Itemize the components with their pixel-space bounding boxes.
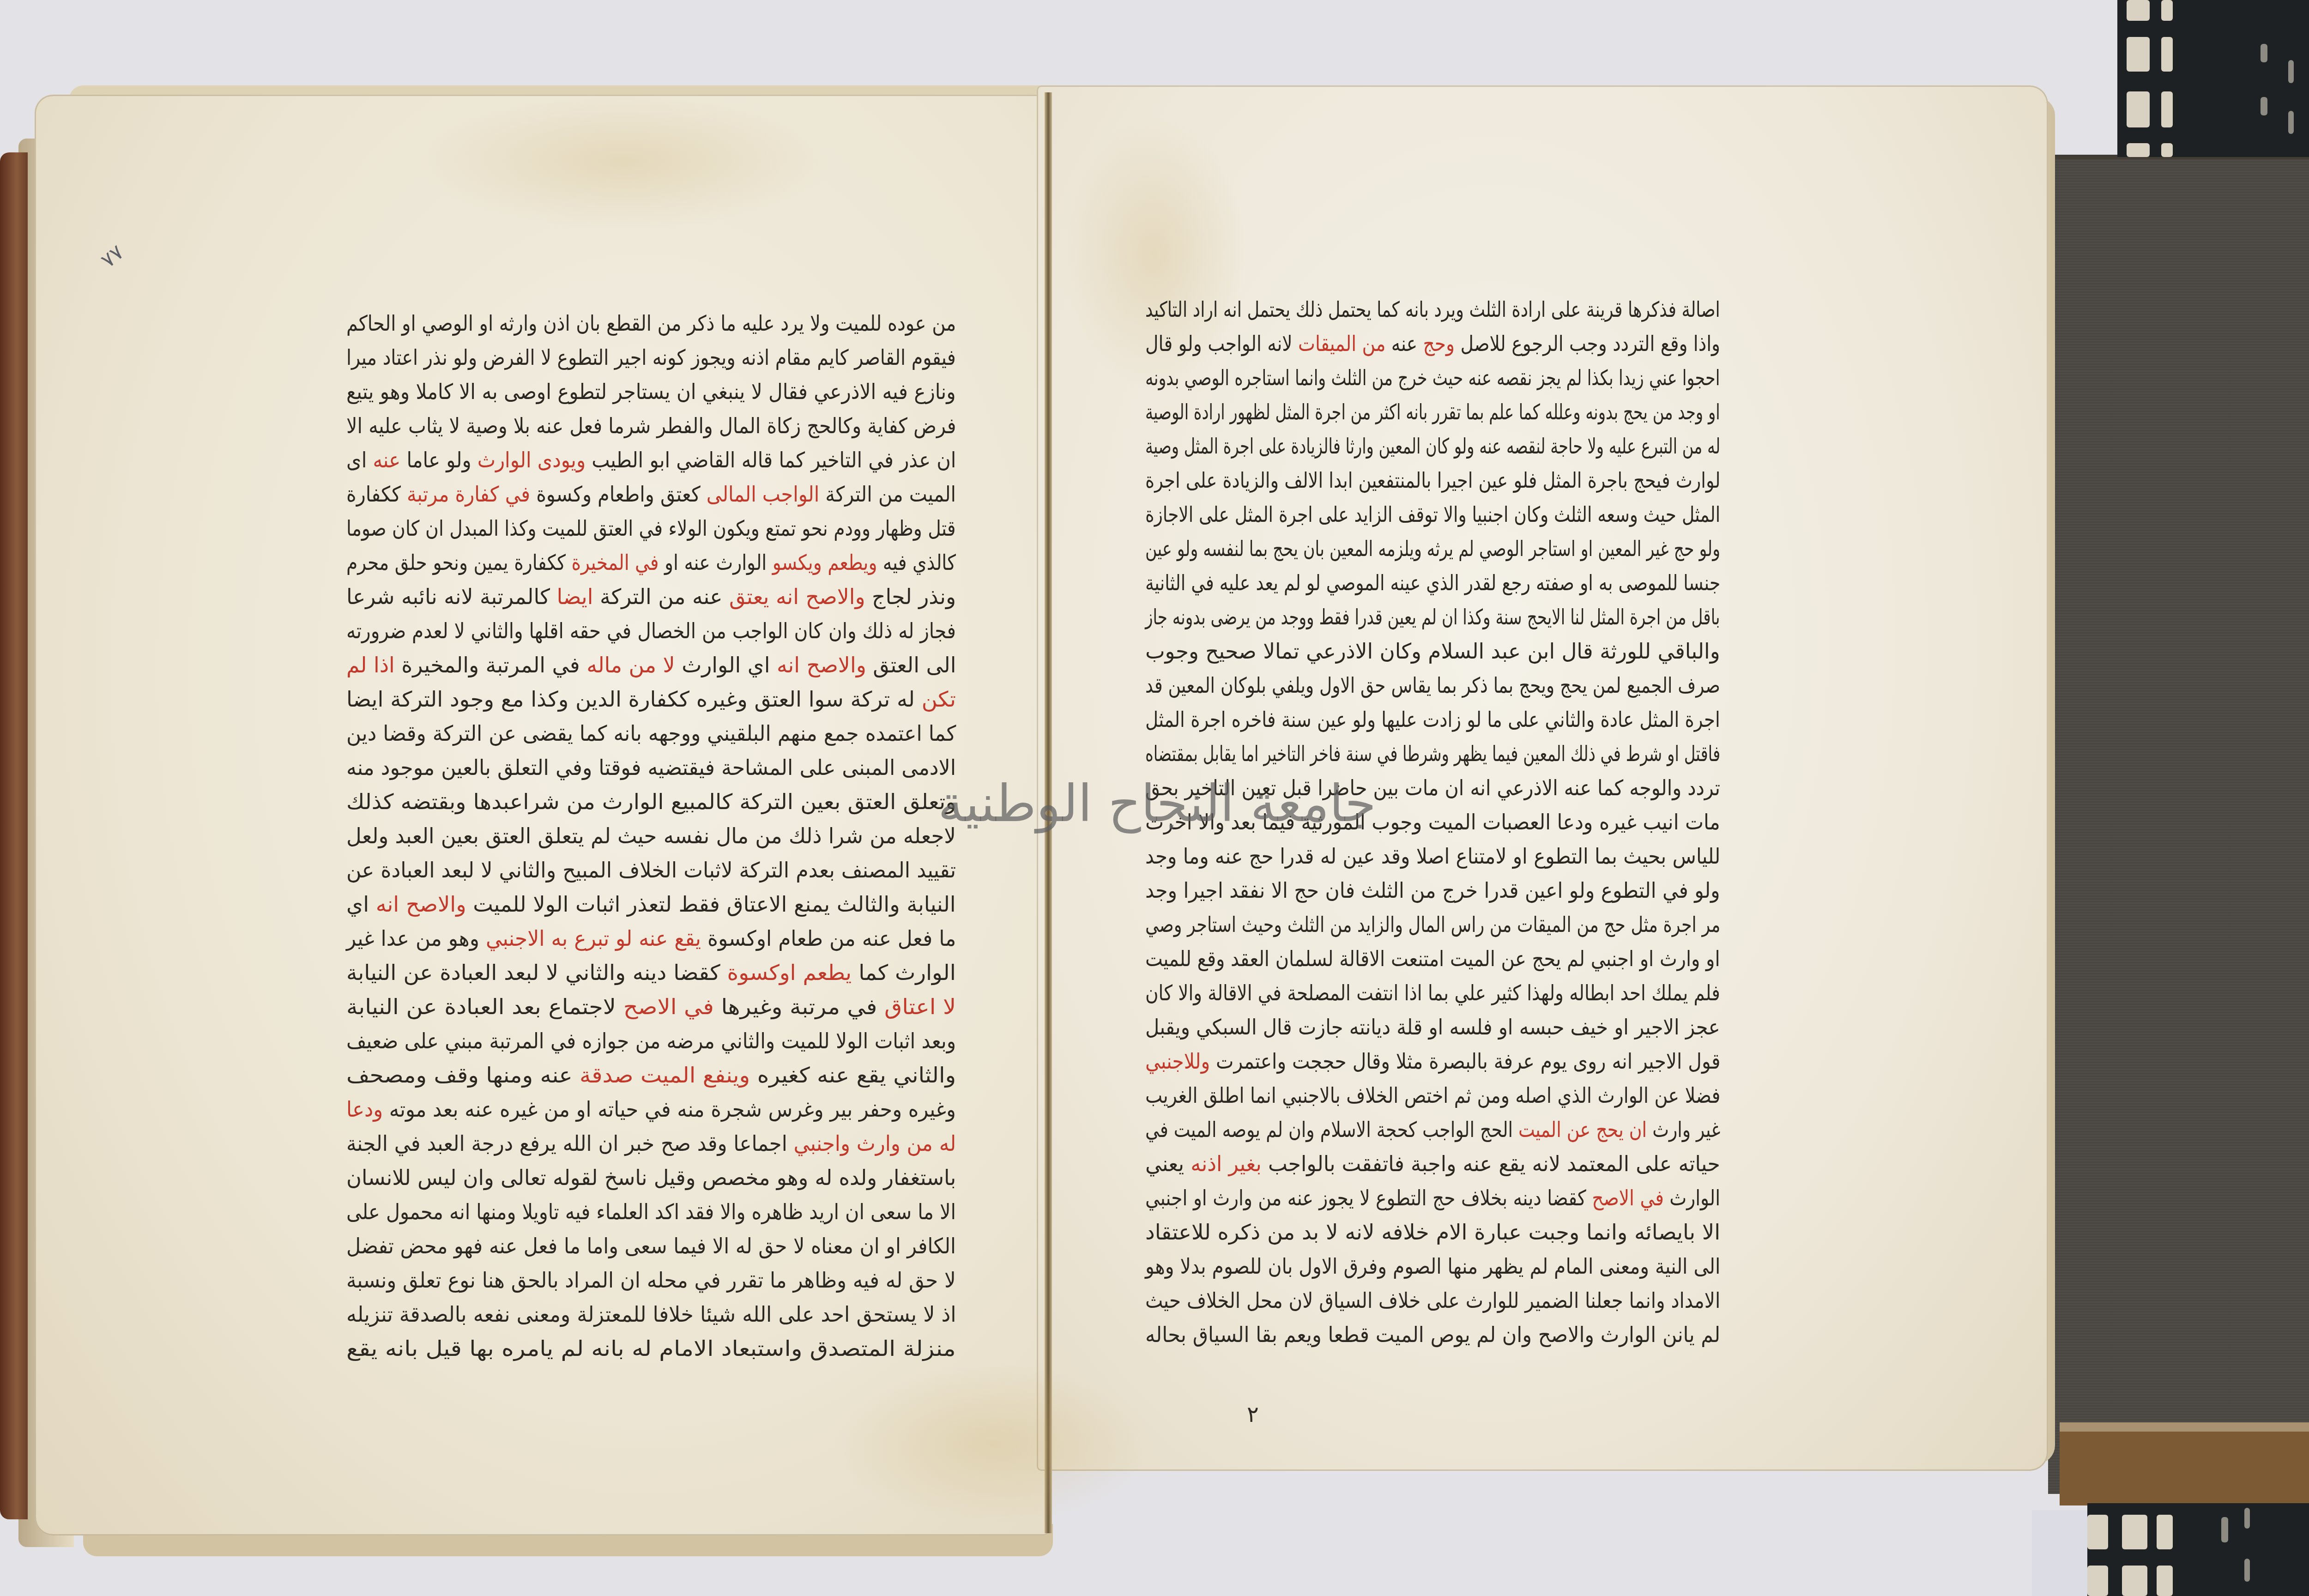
manuscript-line: لا اعتاق في مرتبة وغيرها في الاصح لاجتما…	[346, 993, 956, 1021]
body-text: عنه ومنها وقف ومصحف	[346, 1063, 580, 1088]
body-text: باقل من اجرة المثل لنا الايحج سنة وكذا ا…	[1145, 605, 1720, 629]
body-text: اذ لا يستحق احد على الله شيئا خلافا للمع…	[346, 1302, 956, 1327]
body-text: او وارث او اجنبي لم يحج عن الميت امتنعت …	[1145, 946, 1720, 971]
body-text: كالمرتبة لانه نائبه شرعا	[346, 584, 557, 609]
body-text: ان عذر في التاخير كما قاله القاضي ابو ال…	[586, 447, 956, 472]
rubric-text: له من وارث واجنبي	[793, 1131, 956, 1156]
body-text: لم يانن الوارث والاصح وان لم يوص الميت ق…	[1145, 1322, 1720, 1347]
body-text: لانه الواجب ولو قال	[1145, 331, 1298, 356]
body-text: منزلة المتصدق واستبعاد الامام له بانه لم…	[346, 1336, 956, 1361]
rubric-text: ويطعم ويكسو	[773, 550, 877, 575]
body-text: جنسا للموصى به او صفته رجع لقدر الذي عين…	[1145, 570, 1720, 595]
rubric-text: في الاصح	[1592, 1185, 1664, 1210]
body-text: كالذي فيه	[877, 550, 956, 575]
rubric-text: ايضا	[557, 584, 593, 609]
manuscript-line: احجوا عني زيدا بكذا لم يجز نقصه عنه حيث …	[1145, 364, 1720, 392]
body-text: الكافر او ان معناه لا حق له الا فيما سعى…	[346, 1233, 956, 1258]
body-text: الوارث	[1664, 1185, 1720, 1210]
body-text: الحج الواجب كحجة الاسلام وان لم يوصه الم…	[1145, 1117, 1518, 1142]
manuscript-line: لم يانن الوارث والاصح وان لم يوص الميت ق…	[1145, 1321, 1720, 1348]
manuscript-line: او وجد من يحج بدونه وعلله كما علم بما تق…	[1145, 398, 1720, 426]
body-text: حياته على المعتمد لانه يقع عنه واجبة فات…	[1262, 1151, 1720, 1176]
body-text: في المرتبة والمخيرة	[394, 653, 586, 677]
rubric-text: وللاجنبي	[1145, 1049, 1210, 1074]
manuscript-line: جنسا للموصى به او صفته رجع لقدر الذي عين…	[1145, 569, 1720, 597]
manuscript-line: ان عذر في التاخير كما قاله القاضي ابو ال…	[346, 446, 956, 474]
manuscript-line: المثل حيث وسعه الثلث وكان اجنبيا والا تو…	[1145, 501, 1720, 528]
manuscript-line: الا ما سعى ان اريد ظاهره والا فقد اكد ال…	[346, 1198, 956, 1226]
manuscript-line: ولو في التطوع ولو اعين قدرا خرج من الثلث…	[1145, 877, 1720, 904]
manuscript-line: فرض كفاية وكالحج زكاة المال والفطر شرما …	[346, 412, 956, 440]
manuscript-line: الوارث كما يطعم اوكسوة كقضا دينه والثاني…	[346, 959, 956, 986]
body-text: لاجعله من شرا ذلك من مال نفسه حيث لم يتع…	[346, 823, 956, 848]
manuscript-line: باقل من اجرة المثل لنا الايحج سنة وكذا ا…	[1145, 603, 1720, 631]
manuscript-line: الامداد وانما جعلنا الضمير للوارث على خل…	[1145, 1287, 1720, 1314]
manuscript-line: غير وارث ان يحج عن الميت الحج الواجب كحج…	[1145, 1116, 1720, 1143]
manuscript-line: لاجعله من شرا ذلك من مال نفسه حيث لم يتع…	[346, 822, 956, 850]
manuscript-line: فيقوم القاصر كايم مقام اذنه ويجوز كونه ا…	[346, 344, 956, 371]
body-text: الادمى المبنى على المشاحة فيقتضيه فوقتا …	[346, 755, 956, 780]
manuscript-line: الى النية ومعنى المام لم يظهر منها الصوم…	[1145, 1252, 1720, 1280]
manuscript-line: عجز الاجير او خيف حبسه او فلسه او قلة دي…	[1145, 1013, 1720, 1041]
body-text: فلم يملك احد ابطاله ولهذا كثير علي بما ا…	[1145, 980, 1720, 1005]
manuscript-line: الى العتق والاصح انه اي الوارث لا من مال…	[346, 651, 956, 679]
support-grid-top	[2117, 0, 2309, 157]
body-text: غير وارث	[1647, 1117, 1720, 1142]
body-text: كقضا دينه والثاني لا لبعد العبادة عن الن…	[346, 960, 727, 985]
body-text: واذا وقع التردد وجب الرجوع للاصل	[1455, 331, 1720, 356]
rubric-text: والاصح انه	[777, 653, 866, 677]
rubric-text: بغير اذنه	[1191, 1151, 1262, 1176]
body-text: والباقي للورثة قال ابن عبد السلام وكان ا…	[1145, 639, 1720, 664]
rubric-text: في المخيرة	[572, 550, 659, 575]
body-text: تقييد المصنف بعدم التركة لاثبات الخلاف ا…	[346, 858, 956, 883]
manuscript-line: والثاني يقع عنه كغيره وينفع الميت صدقة ع…	[346, 1061, 956, 1089]
background-sheet	[2032, 1510, 2087, 1596]
body-text: فجاز له ذلك وان كان الواجب من الخصال في …	[346, 618, 956, 643]
body-text: وبعد اثبات الولا للميت والثاني مرضه من ج…	[346, 1028, 956, 1053]
body-text: الى العتق	[866, 653, 956, 677]
body-text: باستغفار ولده له وهو مخصص وقيل ناسخ لقول…	[346, 1165, 956, 1190]
body-text: صرف الجميع لمن يحج ويحج بما ذكر بما يقاس…	[1145, 673, 1720, 698]
body-text: ما فعل عنه من طعام اوكسوة	[701, 926, 956, 951]
manuscript-line: ونذر لجاج والاصح انه يعتق عنه من التركة …	[346, 583, 956, 611]
body-text: وهو من عدا غير	[346, 926, 486, 951]
manuscript-line: الكافر او ان معناه لا حق له الا فيما سعى…	[346, 1232, 956, 1260]
manuscript-line: فجاز له ذلك وان كان الواجب من الخصال في …	[346, 617, 956, 645]
manuscript-line: وتعلق العتق بعين التركة كالمبيع الوارث م…	[346, 788, 956, 816]
body-text: ككفارة يمين ونحو حلق محرم	[346, 550, 572, 575]
body-text: المثل حيث وسعه الثلث وكان اجنبيا والا تو…	[1145, 502, 1720, 527]
rubric-text: يطعم اوكسوة	[727, 960, 852, 985]
rubric-text: والاصح انه	[376, 892, 466, 917]
manuscript-line: الادمى المبنى على المشاحة فيقتضيه فوقتا …	[346, 754, 956, 781]
body-text: عنه من التركة	[593, 584, 729, 609]
body-text: ولو عاما	[400, 447, 478, 472]
manuscript-line: الا بايصائه وانما وجبت عبارة الام خلافه …	[1145, 1218, 1720, 1246]
manuscript-line: قتل وظهار وودم نحو تمتع ويكون الولاء في …	[346, 514, 956, 542]
body-text: له تركة سوا العتق وغيره ككفارة الدين وكذ…	[346, 687, 922, 712]
rubric-text: والاصح انه يعتق	[729, 584, 865, 609]
manuscript-line: لا حق له فيه وظاهر ما تقرر في محله ان ال…	[346, 1266, 956, 1294]
manuscript-line: باستغفار ولده له وهو مخصص وقيل ناسخ لقول…	[346, 1164, 956, 1191]
body-text: فيقوم القاصر كايم مقام اذنه ويجوز كونه ا…	[346, 345, 956, 370]
body-text: اجرة المثل عادة والثاني على ما لو زادت ع…	[1145, 707, 1720, 732]
body-text: او وجد من يحج بدونه وعلله كما علم بما تق…	[1145, 399, 1720, 424]
body-text: قتل وظهار وودم نحو تمتع ويكون الولاء في …	[346, 516, 956, 541]
left-page-text-block: من عوده للميت ولا يرد عليه ما ذكر من الق…	[346, 309, 956, 1348]
rubric-text: ودعا	[346, 1097, 383, 1122]
body-text: عنه	[1385, 331, 1423, 356]
manuscript-line: والباقي للورثة قال ابن عبد السلام وكان ا…	[1145, 637, 1720, 665]
rubric-text: ان يحج عن الميت	[1518, 1117, 1647, 1142]
manuscript-line: من عوده للميت ولا يرد عليه ما ذكر من الق…	[346, 309, 956, 337]
cloth-cover-board	[2048, 159, 2309, 1494]
rubric-text: في كفارة مرتبة	[407, 482, 530, 507]
body-text: الميت من التركة	[819, 482, 956, 507]
rubric-text: لا اعتاق	[884, 994, 956, 1019]
board-leather-strip	[2060, 1432, 2309, 1505]
manuscript-line: وغيره وحفر بير وغرس شجرة منه في حياته او…	[346, 1095, 956, 1123]
rubric-text: في الاصح	[623, 994, 713, 1019]
manuscript-line: ونازع فيه الاذرعي فقال لا ينبغي ان يستاج…	[346, 378, 956, 405]
body-text: من عوده للميت ولا يرد عليه ما ذكر من الق…	[346, 311, 956, 336]
rubric-text: عنه	[373, 447, 400, 472]
rubric-text: من الميقات	[1298, 331, 1385, 356]
rubric-text: ويودى الوارث	[477, 447, 585, 472]
body-text: لا حق له فيه وظاهر ما تقرر في محله ان ال…	[346, 1268, 956, 1293]
body-text: وغيره وحفر بير وغرس شجرة منه في حياته او…	[383, 1097, 956, 1122]
manuscript-line: لوارث فيحج باجرة المثل فلو عين اجيرا بال…	[1145, 466, 1720, 494]
body-text: الوارث عنه او	[659, 550, 773, 575]
manuscript-line: اجرة المثل عادة والثاني على ما لو زادت ع…	[1145, 706, 1720, 733]
rubric-text: اذا لم	[346, 653, 395, 677]
manuscript-line: الميت من التركة الواجب المالى كعتق واطعا…	[346, 480, 956, 508]
manuscript-line: فلم يملك احد ابطاله ولهذا كثير علي بما ا…	[1145, 979, 1720, 1007]
rubric-text: الواجب المالى	[707, 482, 819, 507]
body-text: الا بايصائه وانما وجبت عبارة الام خلافه …	[1145, 1220, 1720, 1245]
rubric-text: وينفع الميت صدقة	[580, 1063, 750, 1088]
body-text: الامداد وانما جعلنا الضمير للوارث على خل…	[1145, 1288, 1720, 1313]
manuscript-line: حياته على المعتمد لانه يقع عنه واجبة فات…	[1145, 1150, 1720, 1178]
support-grid-bottom	[2087, 1503, 2309, 1596]
body-text: اي الوارث	[675, 653, 776, 677]
body-text: ونذر لجاج	[865, 584, 956, 609]
manuscript-line: منزلة المتصدق واستبعاد الامام له بانه لم…	[346, 1335, 956, 1362]
manuscript-line: وبعد اثبات الولا للميت والثاني مرضه من ج…	[346, 1027, 956, 1055]
water-stain	[416, 92, 831, 231]
body-text: عجز الاجير او خيف حبسه او فلسه او قلة دي…	[1145, 1015, 1720, 1040]
body-text: اي	[346, 892, 376, 917]
body-text: كما اعتمده جمع منهم البلقيني ووجهه بانه …	[346, 721, 956, 746]
body-text: النيابة والثالث يمنع الاعتاق فقط لتعذر ا…	[466, 892, 956, 917]
rubric-text: وحج	[1423, 331, 1455, 356]
manuscript-line: تكن له تركة سوا العتق وغيره ككفارة الدين…	[346, 685, 956, 713]
manuscript-line: اصالة فذكرها قرينة على ارادة الثلث ويرد …	[1145, 296, 1720, 323]
manuscript-line: واذا وقع التردد وجب الرجوع للاصل وحج عنه…	[1145, 330, 1720, 357]
manuscript-line: تقييد المصنف بعدم التركة لاثبات الخلاف ا…	[346, 856, 956, 884]
body-text: قول الاجير انه روى يوم عرفة بالبصرة مثلا…	[1210, 1049, 1720, 1074]
manuscript-line: ولو حج غير المعين او استاجر الوصي لم يرث…	[1145, 535, 1720, 562]
body-text: ونازع فيه الاذرعي فقال لا ينبغي ان يستاج…	[346, 379, 956, 404]
manuscript-line: قول الاجير انه روى يوم عرفة بالبصرة مثلا…	[1145, 1047, 1720, 1075]
body-text: احجوا عني زيدا بكذا لم يجز نقصه عنه حيث …	[1145, 365, 1720, 390]
water-stain	[831, 1362, 1154, 1524]
body-text: ولو حج غير المعين او استاجر الوصي لم يرث…	[1145, 536, 1720, 561]
manuscript-line: كالذي فيه ويطعم ويكسو الوارث عنه او في ا…	[346, 549, 956, 576]
body-text: فرض كفاية وكالحج زكاة المال والفطر شرما …	[346, 413, 956, 438]
body-text: الا ما سعى ان اريد ظاهره والا فقد اكد ال…	[346, 1199, 956, 1224]
quire-mark: ٢	[1247, 1402, 1259, 1427]
manuscript-line: له من التبرع عليه ولا حاجة لنقصه عنه ولو…	[1145, 432, 1720, 460]
manuscript-line: النيابة والثالث يمنع الاعتاق فقط لتعذر ا…	[346, 890, 956, 918]
manuscript-line: كما اعتمده جمع منهم البلقيني ووجهه بانه …	[346, 719, 956, 747]
body-text: والثاني يقع عنه كغيره	[750, 1063, 956, 1088]
body-text: ولو في التطوع ولو اعين قدرا خرج من الثلث…	[1145, 878, 1720, 903]
body-text: الوارث كما	[852, 960, 956, 985]
body-text: اصالة فذكرها قرينة على ارادة الثلث ويرد …	[1145, 297, 1720, 322]
rubric-text: تكن	[922, 687, 956, 712]
rubric-text: لا من ماله	[586, 653, 675, 677]
left-cover-binding	[0, 152, 28, 1519]
manuscript-line: او وارث او اجنبي لم يحج عن الميت امتنعت …	[1145, 945, 1720, 973]
manuscript-line: صرف الجميع لمن يحج ويحج بما ذكر بما يقاس…	[1145, 671, 1720, 699]
body-text: مر اجرة مثل حج من الميقات من راس المال و…	[1145, 912, 1720, 937]
body-text: فضلا عن الوارث الذي اصله ومن ثم اختص الخ…	[1145, 1083, 1720, 1108]
rubric-text: يقع عنه لو تبرع به الاجنبي	[486, 926, 701, 951]
body-text: يعني	[1145, 1151, 1191, 1176]
manuscript-line: ما فعل عنه من طعام اوكسوة يقع عنه لو تبر…	[346, 925, 956, 952]
manuscript-line: له من وارث واجنبي اجماعا وقد صح خبر ان ا…	[346, 1130, 956, 1157]
body-text: اجماعا وقد صح خبر ان الله يرفع درجة العب…	[346, 1131, 794, 1156]
watermark: جامعة النجاح الوطنية	[1053, 757, 1376, 850]
body-text: لوارث فيحج باجرة المثل فلو عين اجيرا بال…	[1145, 468, 1720, 493]
body-text: لاجتماع بعد العبادة عن النيابة	[346, 994, 623, 1019]
manuscript-line: فضلا عن الوارث الذي اصله ومن ثم اختص الخ…	[1145, 1082, 1720, 1109]
manuscript-line: مر اجرة مثل حج من الميقات من راس المال و…	[1145, 911, 1720, 938]
body-text: اى	[346, 447, 373, 472]
body-text: له من التبرع عليه ولا حاجة لنقصه عنه ولو…	[1145, 434, 1720, 459]
body-text: وتعلق العتق بعين التركة كالمبيع الوارث م…	[346, 789, 956, 814]
body-text: كعتق واطعام وكسوة	[530, 482, 707, 507]
body-text: الى النية ومعنى المام لم يظهر منها الصوم…	[1145, 1254, 1720, 1279]
manuscript-line: اذ لا يستحق احد على الله شيئا خلافا للمع…	[346, 1300, 956, 1328]
body-text: ككفارة	[346, 482, 407, 507]
body-text: كقضا دينه بخلاف حج التطوع لا يجوز عنه من…	[1145, 1185, 1592, 1210]
manuscript-line: الوارث في الاصح كقضا دينه بخلاف حج التطو…	[1145, 1184, 1720, 1212]
body-text: في مرتبة وغيرها	[714, 994, 884, 1019]
